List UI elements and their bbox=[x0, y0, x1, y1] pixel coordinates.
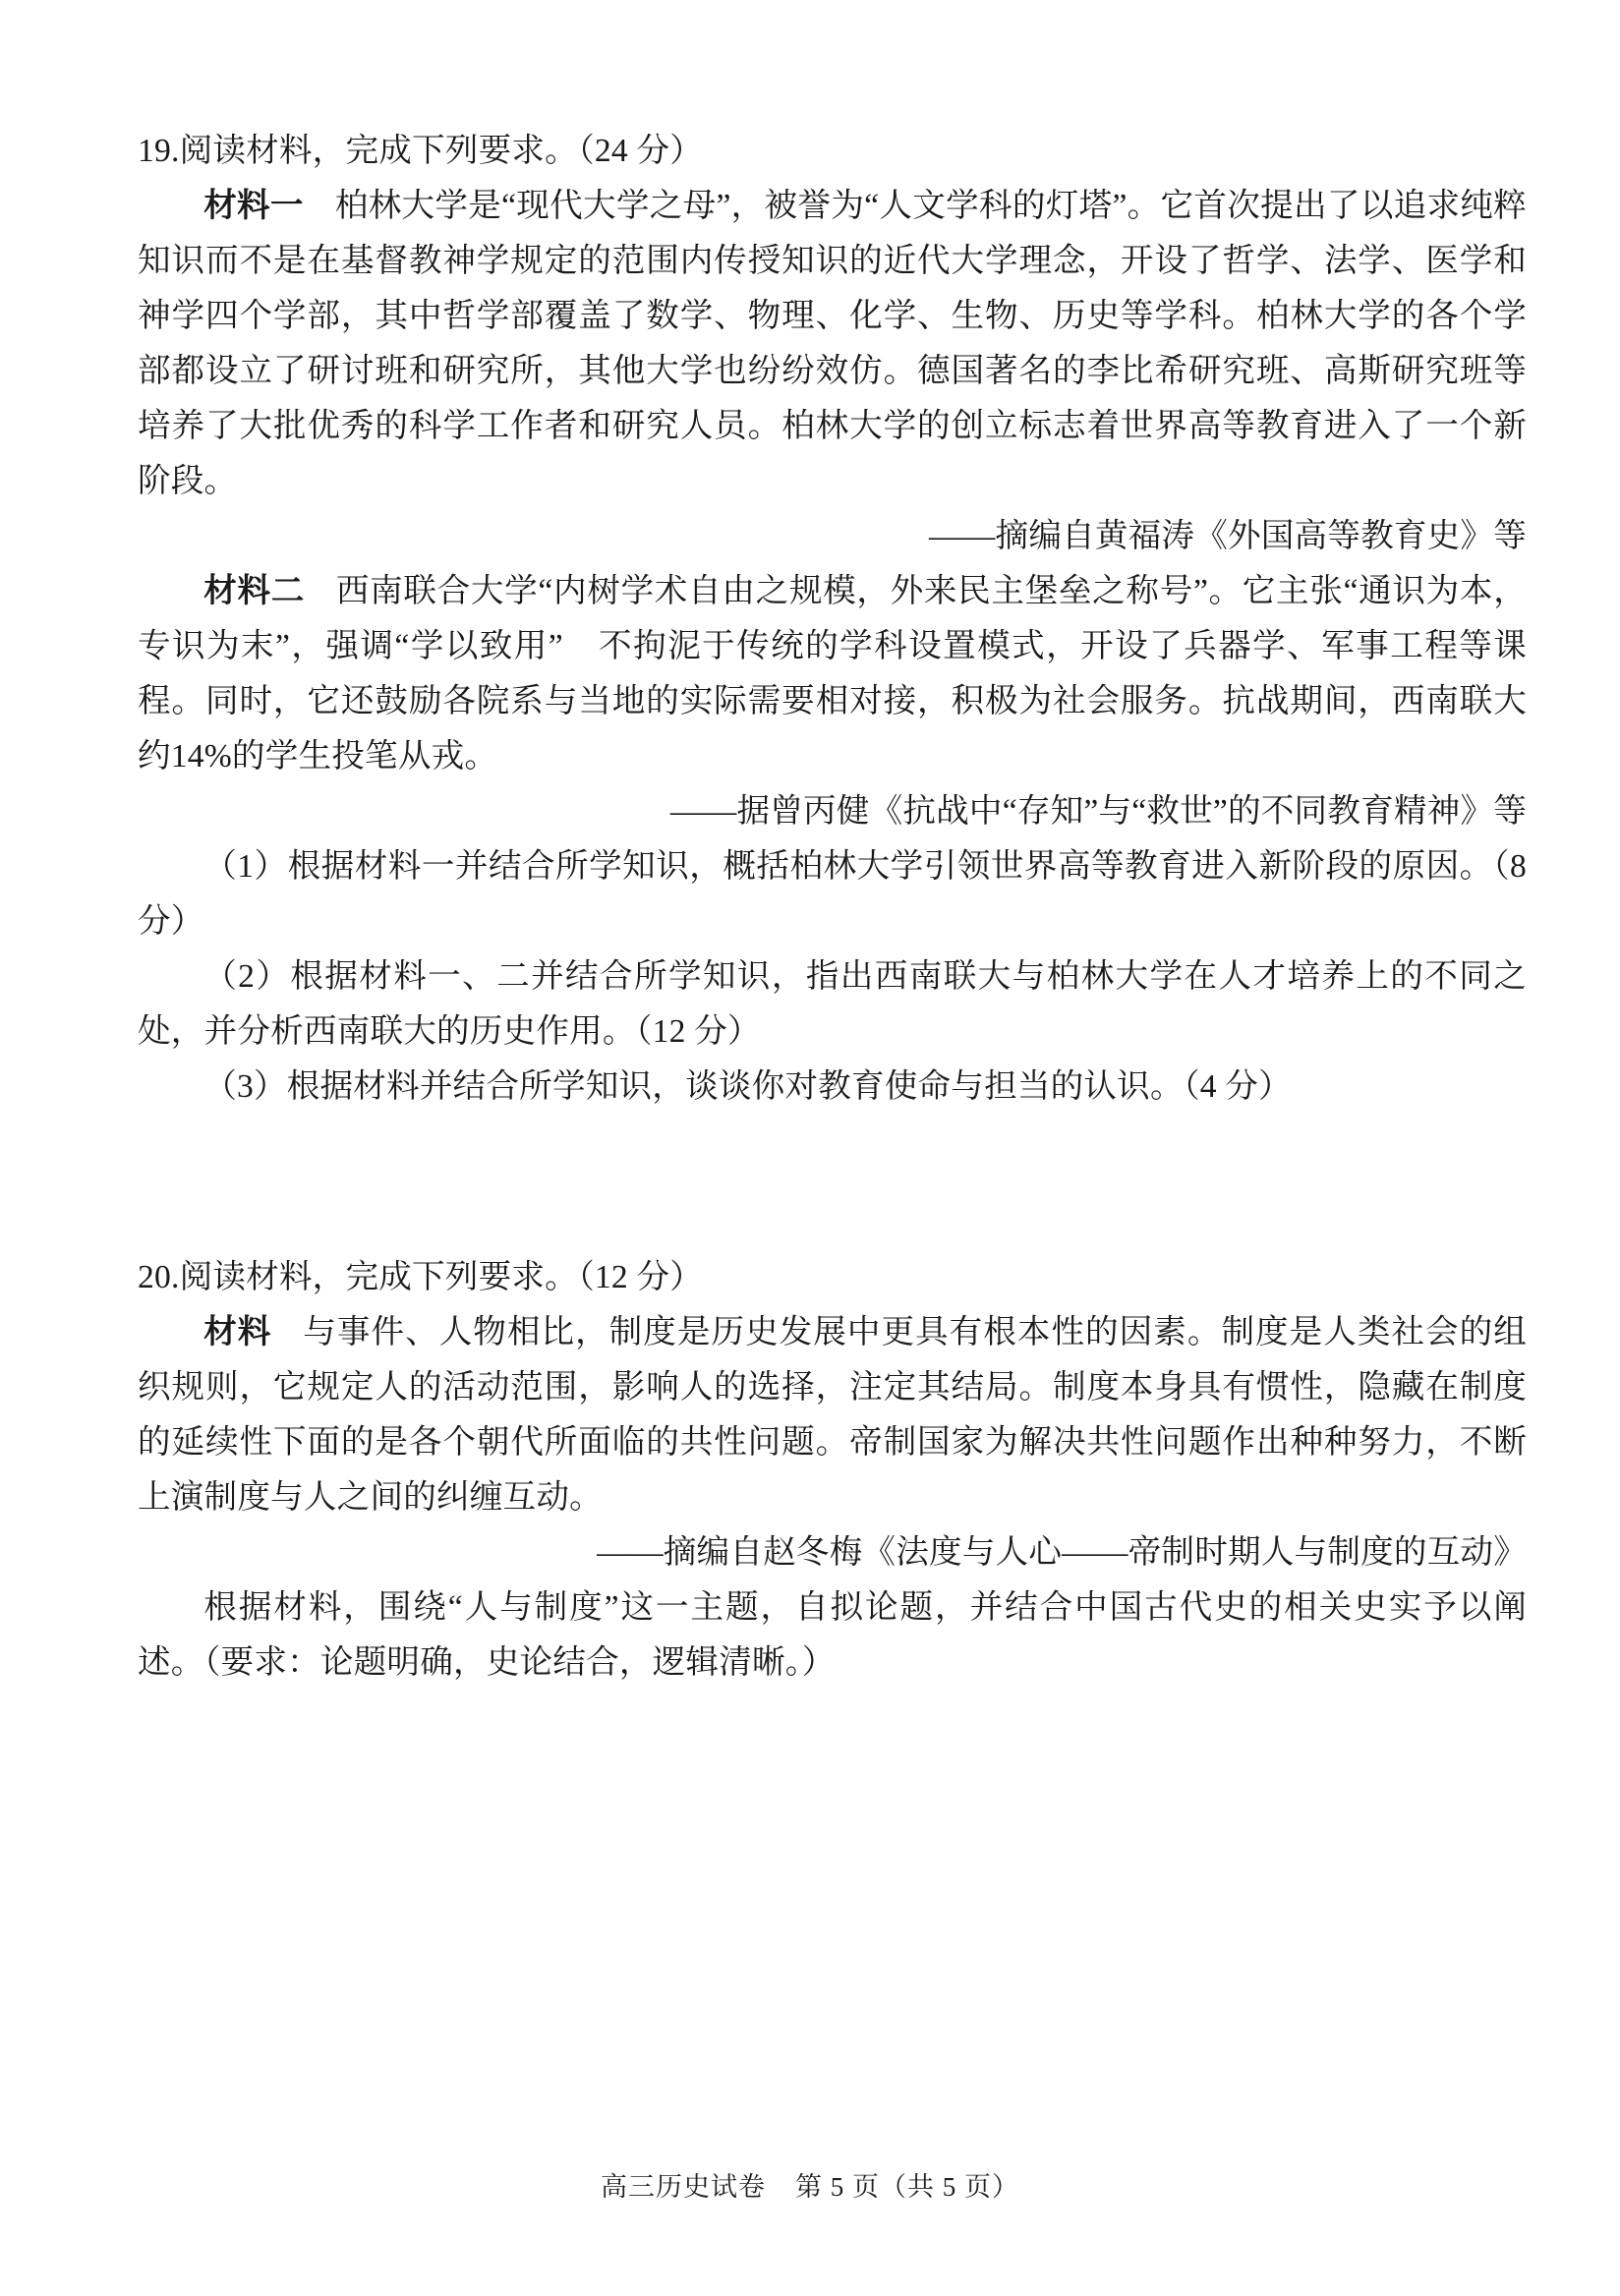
footer-exam-name: 高三历史试卷 bbox=[601, 2172, 766, 2202]
question-20-title: 20.阅读材料，完成下列要求。（12 分） bbox=[138, 1250, 1527, 1305]
material-2-citation: ——据曾丙健《抗战中“存知”与“救世”的不同教育精神》等 bbox=[138, 784, 1527, 839]
page-footer: 高三历史试卷第 5 页（共 5 页） bbox=[0, 2165, 1620, 2204]
material-citation: ——摘编自赵冬梅《法度与人心——帝制时期人与制度的互动》 bbox=[138, 1525, 1527, 1580]
exam-page-content: 19.阅读材料，完成下列要求。（24 分） 材料一柏林大学是“现代大学之母”，被… bbox=[138, 124, 1527, 1691]
question-19-title: 19.阅读材料，完成下列要求。（24 分） bbox=[138, 124, 1527, 179]
material-2-text: 西南联合大学“内树学术自由之规模，外来民主堡垒之称号”。它主张“通识为本，专识为… bbox=[138, 573, 1527, 775]
question-19-material-1: 材料一柏林大学是“现代大学之母”，被誉为“人文学科的灯塔”。它首次提出了以追求纯… bbox=[138, 179, 1527, 509]
question-20-material: 材料与事件、人物相比，制度是历史发展中更具有根本性的因素。制度是人类社会的组织规… bbox=[138, 1305, 1527, 1525]
question-20: 20.阅读材料，完成下列要求。（12 分） 材料与事件、人物相比，制度是历史发展… bbox=[138, 1250, 1527, 1691]
material-label: 材料 bbox=[203, 1314, 271, 1350]
material-2-label: 材料二 bbox=[203, 573, 305, 609]
material-1-citation: ——摘编自黄福涛《外国高等教育史》等 bbox=[138, 509, 1527, 564]
question-19-subquestion-1: （1）根据材料一并结合所学知识，概括柏林大学引领世界高等教育进入新阶段的原因。（… bbox=[138, 839, 1527, 949]
exam-page: 19.阅读材料，完成下列要求。（24 分） 材料一柏林大学是“现代大学之母”，被… bbox=[0, 0, 1620, 2296]
question-19-subquestion-2: （2）根据材料一、二并结合所学知识，指出西南联大与柏林大学在人才培养上的不同之处… bbox=[138, 949, 1527, 1060]
material-1-label: 材料一 bbox=[203, 188, 304, 224]
question-20-task: 根据材料，围绕“人与制度”这一主题，自拟论题，并结合中国古代史的相关史实予以阐述… bbox=[138, 1580, 1527, 1691]
footer-page-number: 第 5 页（共 5 页） bbox=[795, 2172, 1019, 2202]
question-19: 19.阅读材料，完成下列要求。（24 分） 材料一柏林大学是“现代大学之母”，被… bbox=[138, 124, 1527, 1115]
material-text: 与事件、人物相比，制度是历史发展中更具有根本性的因素。制度是人类社会的组织规则，… bbox=[138, 1314, 1527, 1516]
question-19-material-2: 材料二西南联合大学“内树学术自由之规模，外来民主堡垒之称号”。它主张“通识为本，… bbox=[138, 564, 1527, 784]
question-19-subquestion-3: （3）根据材料并结合所学知识，谈谈你对教育使命与担当的认识。（4 分） bbox=[138, 1060, 1527, 1115]
material-1-text: 柏林大学是“现代大学之母”，被誉为“人文学科的灯塔”。它首次提出了以追求纯粹知识… bbox=[138, 188, 1527, 499]
